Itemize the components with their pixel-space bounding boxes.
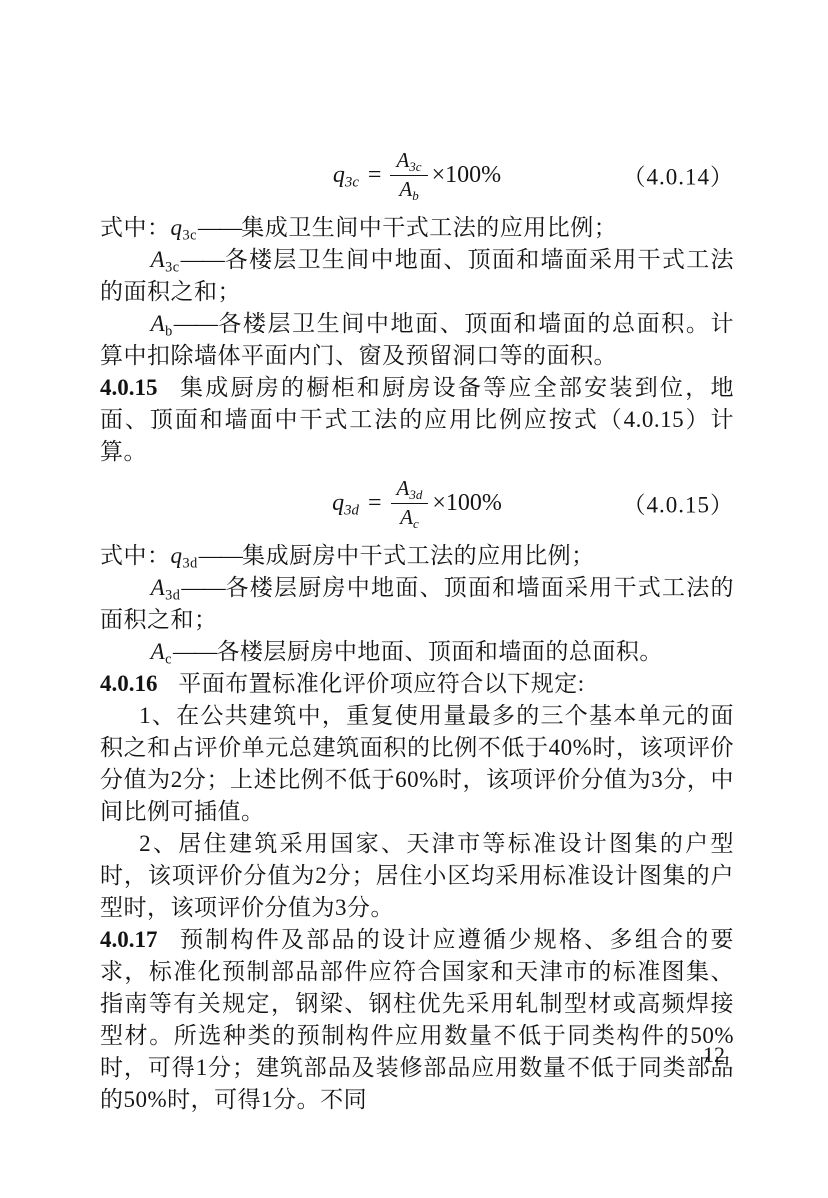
- denominator-ac: Ac: [400, 504, 419, 530]
- section-number: 4.0.15: [100, 375, 158, 400]
- numerator-a3d: A3d: [391, 476, 429, 503]
- numerator-a3c: A3c: [390, 148, 427, 175]
- def-ac: Ac——各楼层厨房中地面、顶面和墙面的总面积。: [100, 636, 734, 668]
- em-dash: ——: [198, 215, 240, 240]
- section-text: 平面布置标准化评价项应符合以下规定:: [178, 671, 584, 696]
- section-text: 集成厨房的橱柜和厨房设备等应全部安装到位，地面、顶面和墙面中干式工法的应用比例应…: [100, 375, 734, 464]
- section-number: 4.0.16: [100, 671, 158, 696]
- equation-number: （4.0.14）: [623, 159, 735, 192]
- var-q3d: q3d: [332, 490, 359, 517]
- def-a3c: A3c——各楼层卫生间中地面、顶面和墙面采用干式工法的面积之和；: [100, 244, 734, 308]
- formula-q3c: q3c = A3c Ab ×100%: [333, 148, 501, 201]
- times-100-percent: ×100%: [432, 162, 502, 189]
- equals-sign: =: [368, 162, 382, 189]
- denominator-ab: Ab: [399, 176, 418, 202]
- equation-4-0-15: q3d = A3d Ac ×100% （4.0.15）: [100, 472, 734, 534]
- def-text: 各楼层厨房中地面、顶面和墙面的总面积。: [216, 639, 663, 664]
- where-text: 集成卫生间中干式工法的应用比例；: [241, 215, 617, 240]
- where-intro-q3c: 式中：q3c——集成卫生间中干式工法的应用比例；: [100, 212, 734, 244]
- equals-sign: =: [368, 490, 382, 517]
- times-100-percent: ×100%: [432, 490, 502, 517]
- document-page: q3c = A3c Ab ×100% （4.0.14） 式中：q3c——集成卫生…: [0, 0, 828, 1198]
- formula-q3d: q3d = A3d Ac ×100%: [332, 476, 502, 529]
- section-4-0-17: 4.0.17预制构件及部品的设计应遵循少规格、多组合的要求，标准化预制部品部件应…: [100, 924, 734, 1116]
- item-text: 2、居住建筑采用国家、天津市等标准设计图集的户型时，该项评价分值为2分；居住小区…: [100, 831, 734, 920]
- list-item-2: 2、居住建筑采用国家、天津市等标准设计图集的户型时，该项评价分值为2分；居住小区…: [100, 828, 734, 924]
- item-text: 1、在公共建筑中，重复使用量最多的三个基本单元的面积之和占评价单元总建筑面积的比…: [100, 703, 734, 824]
- equation-number: （4.0.15）: [623, 487, 735, 520]
- def-a3d: A3d——各楼层厨房中地面、顶面和墙面采用干式工法的面积之和；: [100, 572, 734, 636]
- em-dash: ——: [199, 543, 241, 568]
- var-ab-body: Ab: [151, 311, 173, 336]
- em-dash: ——: [174, 311, 216, 336]
- where-text: 集成厨房中干式工法的应用比例；: [242, 543, 595, 568]
- section-number: 4.0.17: [100, 927, 158, 952]
- page-number: 12: [703, 1042, 725, 1068]
- fraction-a3d-ac: A3d Ac: [391, 476, 429, 529]
- where-intro-q3d: 式中：q3d——集成厨房中干式工法的应用比例；: [100, 540, 734, 572]
- var-q3c: q3c: [333, 162, 359, 189]
- def-ab: Ab——各楼层卫生间中地面、顶面和墙面的总面积。计算中扣除墙体平面内门、窗及预留…: [100, 308, 734, 372]
- list-item-1: 1、在公共建筑中，重复使用量最多的三个基本单元的面积之和占评价单元总建筑面积的比…: [100, 700, 734, 828]
- em-dash: ——: [181, 575, 223, 600]
- fraction-a3c-ab: A3c Ab: [390, 148, 427, 201]
- equation-4-0-14: q3c = A3c Ab ×100% （4.0.14）: [100, 144, 734, 206]
- var-a3d-body: A3d: [151, 575, 181, 600]
- where-label: 式中：: [100, 543, 171, 568]
- em-dash: ——: [173, 639, 215, 664]
- section-4-0-16: 4.0.16平面布置标准化评价项应符合以下规定:: [100, 668, 734, 700]
- em-dash: ——: [181, 247, 223, 272]
- section-text: 预制构件及部品的设计应遵循少规格、多组合的要求，标准化预制部品部件应符合国家和天…: [100, 927, 734, 1112]
- var-q3d-body: q3d: [171, 543, 198, 568]
- var-q3c-body: q3c: [171, 215, 197, 240]
- section-4-0-15: 4.0.15集成厨房的橱柜和厨房设备等应全部安装到位，地面、顶面和墙面中干式工法…: [100, 372, 734, 468]
- page-content: q3c = A3c Ab ×100% （4.0.14） 式中：q3c——集成卫生…: [100, 0, 734, 1116]
- var-ac-body: Ac: [151, 639, 172, 664]
- where-label: 式中：: [100, 215, 171, 240]
- var-a3c-body: A3c: [151, 247, 180, 272]
